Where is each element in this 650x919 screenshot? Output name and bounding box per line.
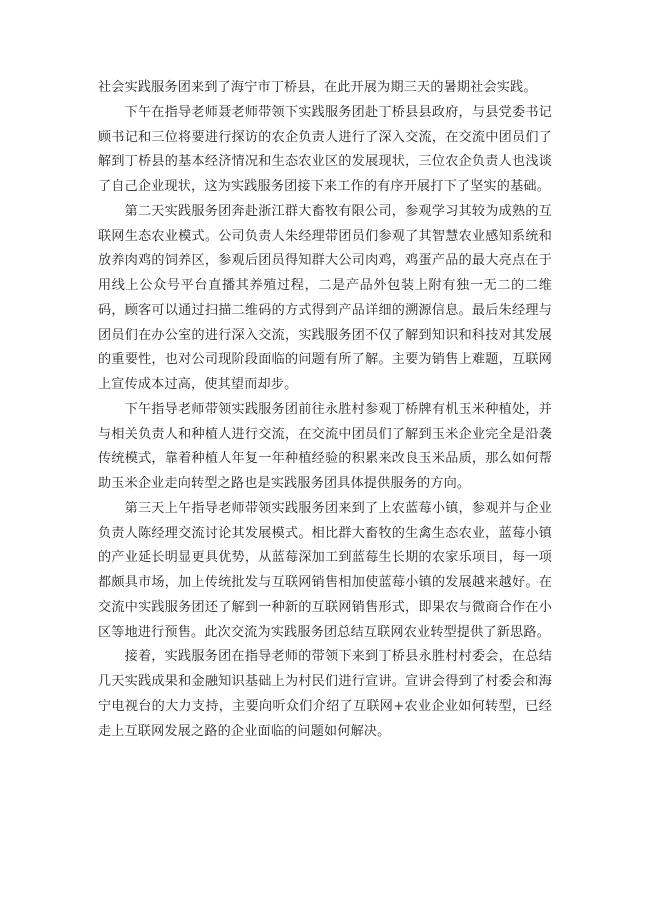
document-page: 社会实践服务团来到了海宁市丁桥县，在此开展为期三天的暑期社会实践。 下午在指导老… bbox=[98, 76, 552, 744]
paragraph-county-government-visit: 下午在指导老师聂老师带领下实践服务团赴丁桥县县政府，与县党委书记顾书记和三位将要… bbox=[98, 101, 552, 200]
paragraph-intro: 社会实践服务团来到了海宁市丁桥县，在此开展为期三天的暑期社会实践。 bbox=[98, 76, 552, 101]
paragraph-village-lecture: 接着，实践服务团在指导老师的带领下来到丁桥县永胜村村委会，在总结几天实践成果和金… bbox=[98, 645, 552, 744]
paragraph-corn-planting-visit: 下午指导老师带领实践服务团前往永胜村参观丁桥牌有机玉米种植处，并与相关负责人和种… bbox=[98, 398, 552, 497]
paragraph-day-three-blueberry-town: 第三天上午指导老师带领实践服务团来到了上农蓝莓小镇，参观并与企业负责人陈经理交流… bbox=[98, 497, 552, 646]
paragraph-day-two-livestock-company: 第二天实践服务团奔赴浙江群大畜牧有限公司，参观学习其较为成熟的互联网生态农业模式… bbox=[98, 200, 552, 398]
